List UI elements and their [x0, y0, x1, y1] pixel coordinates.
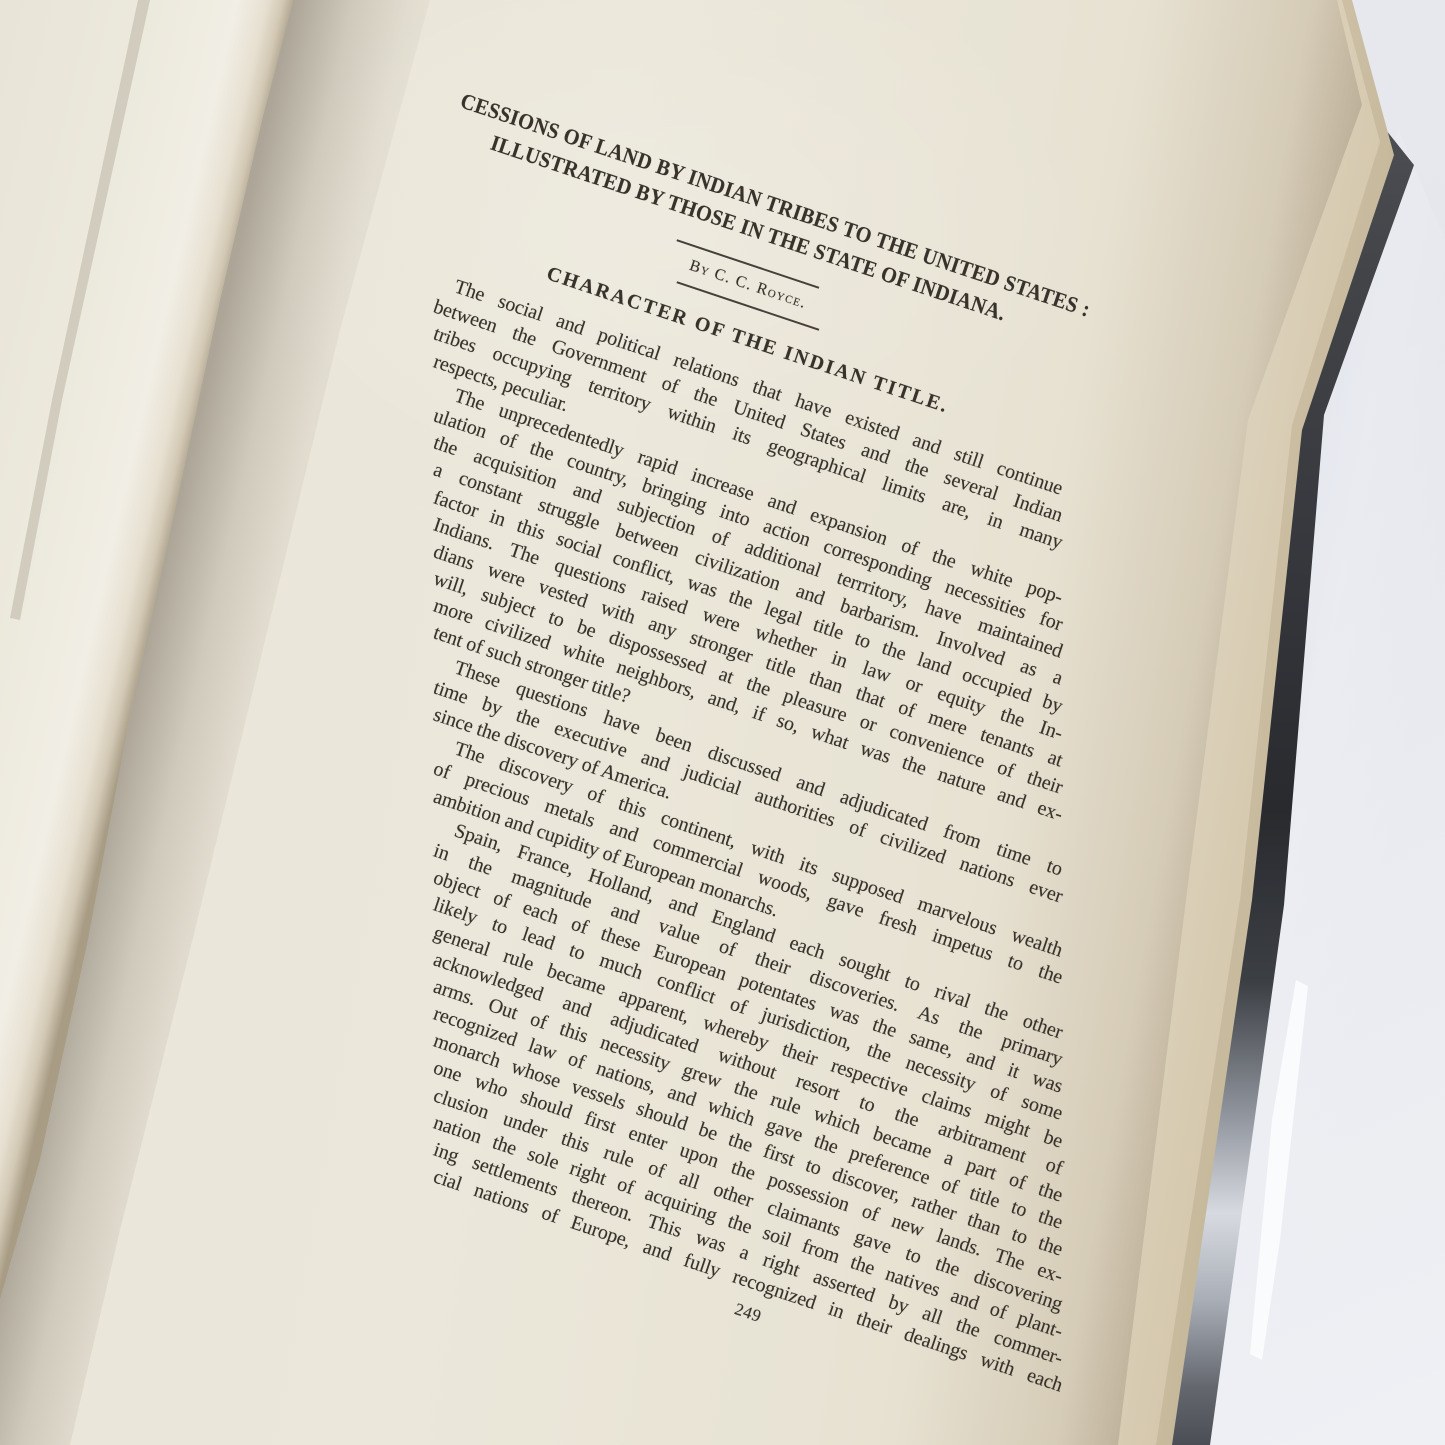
printed-content: CESSIONS OF LAND BY INDIAN TRIBES TO THE… [434, 76, 1096, 1220]
body-text: The social and political relations that … [434, 266, 1096, 1190]
book-photo: CESSIONS OF LAND BY INDIAN TRIBES TO THE… [0, 0, 1445, 1445]
